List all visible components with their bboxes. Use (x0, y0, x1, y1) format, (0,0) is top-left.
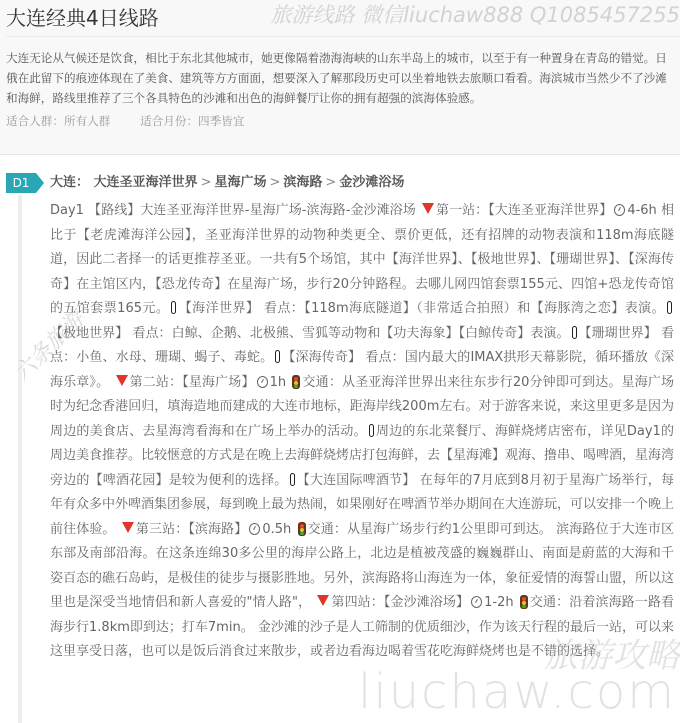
stop-4-label: 第四站：【金沙滩浴场】 (331, 595, 469, 610)
route-separator: > (201, 175, 212, 190)
title-row: 大连经典4日线路 旅游线路 微信liuchaw888 Q1085457255 (0, 0, 680, 36)
duration-text: 0.5h (262, 522, 295, 537)
red-triangle-icon (317, 595, 329, 606)
traffic-light-icon (520, 595, 528, 609)
header-watermark: 旅游线路 微信liuchaw888 Q1085457255 (271, 0, 680, 29)
route-stop[interactable]: 星海广场 (214, 175, 266, 190)
stopwatch-icon (471, 596, 482, 608)
traffic-light-icon (292, 375, 300, 389)
route-intro-section: 大连经典4日线路 旅游线路 微信liuchaw888 Q1085457255 大… (0, 0, 680, 155)
day-timeline-line (18, 195, 22, 723)
suitable-people-label: 适合人群： (6, 114, 64, 128)
suitable-month-value: 四季皆宜 (198, 114, 244, 128)
page-title: 大连经典4日线路 (6, 2, 159, 31)
pin-icon (572, 326, 577, 339)
route-meta: 适合人群：所有人群 适合月份：四季皆宜 (6, 113, 270, 129)
pin-icon (275, 350, 280, 363)
red-triangle-icon (122, 522, 134, 533)
stop-3-label: 第三站：【滨海路】 (136, 522, 248, 537)
itinerary-text: 【海洋世界】 看点：【118m海底隧道】（非常适合拍照）和【海豚湾之恋】表演。 (178, 301, 665, 316)
pin-icon (171, 301, 176, 314)
day-route-heading: 大连： 大连圣亚海洋世界>星海广场>滨海路>金沙滩浴场 (50, 173, 404, 193)
pin-icon (290, 473, 295, 486)
itinerary-text: 【极地世界】 看点：白鲸、企鹅、北极熊、雪狐等动物和【功夫海象】【白鲸传奇】表演… (50, 326, 570, 341)
stop-1-label: 第一站：【大连圣亚海洋世界】 (436, 203, 612, 218)
stopwatch-icon (257, 376, 268, 388)
duration-text: 1h (270, 375, 291, 390)
red-triangle-icon (116, 375, 128, 386)
route-separator: > (325, 175, 336, 190)
day-itinerary-body: Day1 【路线】大连圣亚海洋世界-星海广场-滨海路-金沙滩浴场 第一站：【大连… (50, 199, 674, 665)
day-badge: D1 (6, 173, 36, 193)
intro-description: 大连无论从气候还是饮食，相比于东北其他城市，她更像隔着渤海海峡的山东半岛上的城市… (6, 48, 676, 108)
pin-icon (667, 301, 672, 314)
stopwatch-icon (249, 523, 260, 535)
route-stop[interactable]: 金沙滩浴场 (339, 175, 404, 190)
route-stop[interactable]: 大连圣亚海洋世界 (94, 175, 198, 190)
suitable-people-value: 所有人群 (64, 114, 110, 128)
title-divider (6, 36, 680, 37)
suitable-month-label: 适合月份： (140, 114, 198, 128)
day-city: 大连： (50, 175, 89, 190)
pin-icon (369, 424, 374, 437)
itinerary-text: 4-6h 相比于【老虎滩海洋公园】，圣亚海洋世界的动物种类更全、票价更低，还有招… (50, 203, 674, 316)
route-separator: > (269, 175, 280, 190)
bottom-right-watermark-url: liuchaw.com (358, 664, 676, 720)
suitable-month: 适合月份：四季皆宜 (140, 114, 244, 128)
stop-2-label: 第二站：【星海广场】 (130, 375, 255, 390)
traffic-light-icon (298, 522, 306, 536)
red-triangle-icon (422, 203, 434, 214)
suitable-people: 适合人群：所有人群 (6, 114, 110, 128)
duration-text: 1-2h (484, 595, 518, 610)
itinerary-text: Day1 【路线】大连圣亚海洋世界-星海广场-滨海路-金沙滩浴场 (50, 203, 420, 218)
stopwatch-icon (614, 204, 625, 216)
route-stop[interactable]: 滨海路 (283, 175, 322, 190)
